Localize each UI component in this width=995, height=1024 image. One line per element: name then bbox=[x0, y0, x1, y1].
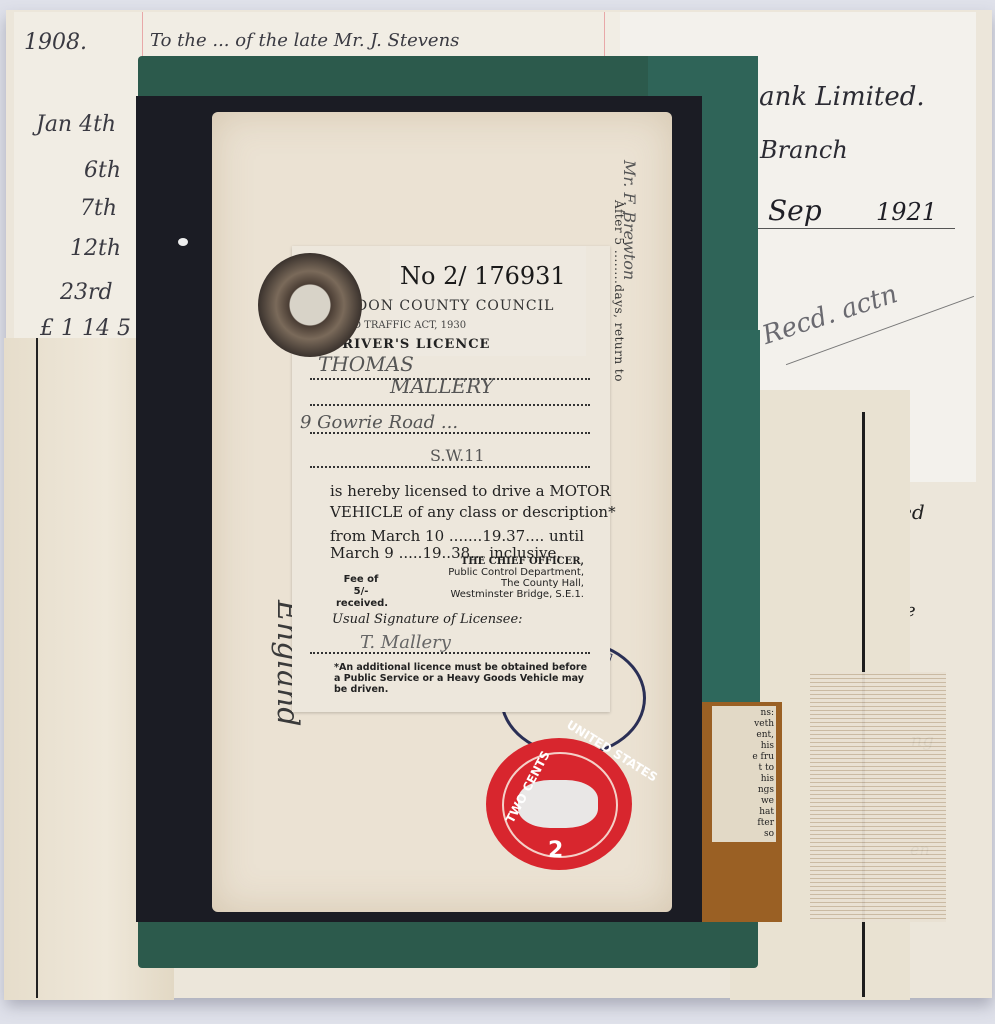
punched-hole bbox=[178, 238, 188, 246]
licence-fee: Fee of 5/- received. bbox=[336, 574, 386, 610]
licence-hand-postcode: S.W.11 bbox=[430, 446, 485, 465]
ledger-heading: To the ... of the late Mr. J. Stevens bbox=[150, 30, 459, 51]
ledger-date: Jan 4th bbox=[36, 112, 116, 137]
return-instruction: After 5 ........days, return to bbox=[612, 200, 626, 382]
licence-body: is hereby licensed to drive a MOTOR bbox=[330, 482, 611, 500]
metal-washer bbox=[258, 253, 362, 357]
newsprint-line: hat bbox=[714, 807, 774, 818]
newsprint-line: we bbox=[714, 796, 774, 807]
newsprint-line: so bbox=[714, 829, 774, 840]
gauze-fabric bbox=[810, 672, 946, 922]
newsprint-line: fter bbox=[714, 818, 774, 829]
ledger-year: 1908. bbox=[24, 30, 87, 55]
licence-body: VEHICLE of any class or description* bbox=[330, 503, 616, 521]
stamp-denomination: 2 bbox=[548, 838, 563, 863]
ledger-date: 12th bbox=[70, 236, 121, 261]
ledger-date: 7th bbox=[80, 196, 117, 221]
dotted-line bbox=[310, 404, 590, 406]
ledger-date: 23rd bbox=[60, 280, 113, 305]
bank-date-rule bbox=[755, 228, 955, 229]
licence-hand-surname: MALLERY bbox=[390, 374, 494, 398]
newsprint-line: his bbox=[714, 774, 774, 785]
bank-year: 1921 bbox=[876, 198, 937, 226]
newsprint-text: ns:vethent,hise frut tohisngswehatfterso bbox=[712, 706, 776, 842]
newsprint-line: veth bbox=[714, 719, 774, 730]
licence-title: DRIVER'S LICENCE bbox=[330, 337, 490, 352]
licence-from: from March 10 .......19.37.... until bbox=[330, 527, 584, 545]
officer-place: The County Hall, bbox=[501, 578, 584, 589]
bank-month: Sep bbox=[768, 194, 822, 227]
newsprint-line: ngs bbox=[714, 785, 774, 796]
officer-title: THE CHIEF OFFICER, bbox=[461, 556, 584, 567]
licence-hand-address: 9 Gowrie Road ... bbox=[300, 412, 458, 433]
ledger-date: 6th bbox=[84, 158, 121, 183]
signature-label: Usual Signature of Licensee: bbox=[332, 612, 523, 627]
newsprint-line: e fru bbox=[714, 752, 774, 763]
signature: T. Mallery bbox=[360, 632, 451, 653]
newsprint-line: ent, bbox=[714, 730, 774, 741]
officer-address: Westminster Bridge, S.E.1. bbox=[450, 589, 584, 600]
newsprint-line: t to bbox=[714, 763, 774, 774]
newsprint-line: ns: bbox=[714, 708, 774, 719]
licence-number: No 2/ 176931 bbox=[400, 262, 566, 290]
licence-officer: THE CHIEF OFFICER, Public Control Depart… bbox=[440, 556, 584, 600]
dotted-line bbox=[310, 466, 590, 468]
officer-dept: Public Control Department, bbox=[448, 567, 584, 578]
newsprint-line: his bbox=[714, 741, 774, 752]
bank-name: Bank Limited. bbox=[740, 82, 925, 112]
dotted-line bbox=[310, 652, 590, 654]
bank-branch: Branch bbox=[760, 136, 848, 164]
licence-footnote: *An additional licence must be obtained … bbox=[334, 662, 596, 695]
licence-hand-name: THOMAS bbox=[318, 352, 414, 376]
